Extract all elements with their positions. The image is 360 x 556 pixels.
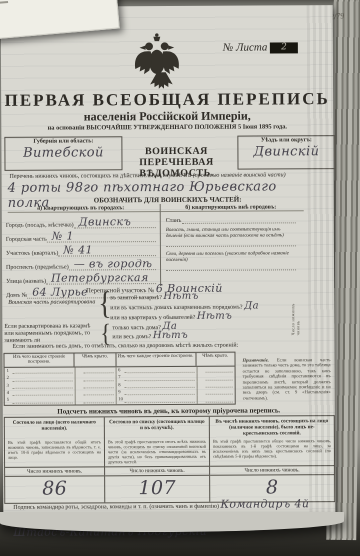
scanned-census-document: 12/79 № Листа 2 ПЕРВАЯ ВСЕОБЩАЯ ПЕРЕПИСЬ…: [0, 0, 360, 556]
count-col-non-peasant: Въ числѣ нижнихъ чиновъ, состоящихъ на л…: [210, 416, 334, 501]
note-block: Примѣчаніе. Если воинская часть занимает…: [243, 357, 331, 401]
volost-label: Волость, гмина, станица или соотвѣтствую…: [166, 227, 296, 239]
vertical-margin-note: Число нижнихъ чиновъ: [290, 295, 300, 335]
sheet-number-label: № Листа: [223, 41, 268, 53]
q5-row: или весь домъ? Нѣтъ: [112, 332, 188, 340]
buildings-intro: Если занимаютъ весь домъ, то отмѣтить, с…: [12, 342, 324, 351]
rural-column: б) квартирующихъ внѣ городовъ: Станъ Вол…: [166, 204, 296, 271]
col-roof-1: Чѣмъ крыто.: [75, 353, 116, 366]
census-form-page: № Листа 2 ПЕРВАЯ ВСЕОБЩАЯ ПЕРЕПИСЬ насел…: [1, 5, 336, 519]
buildings-row: 5 10: [5, 396, 235, 405]
gubernia-box: Губернія или область: Витебской: [4, 136, 122, 171]
q5-answer: Нѣтъ: [153, 330, 188, 341]
uezd-value: Двинскій: [241, 144, 331, 159]
form-row-precinct: Участокъ (кварталъ) № 41: [6, 245, 156, 257]
uezd-box: Уѣздъ или округъ: Двинскій: [237, 135, 335, 170]
form-row-stan: Станъ: [166, 217, 296, 224]
quartering-group2-label: Если расквартирована въ казармѣ или каза…: [4, 323, 98, 344]
col-built-1: Изъ чего каждое строеніе построено.: [4, 353, 74, 366]
quartering-group1-label: Воинская часть расквартирована: [8, 299, 96, 306]
count-table: Состояло на лицо (всего наличнаго населе…: [4, 415, 335, 503]
imperial-double-eagle-icon: [131, 32, 183, 90]
signature-handwritten-1: Командиръ 4й: [220, 497, 309, 510]
q1-answer: Нѣтъ: [163, 291, 198, 302]
form-row-city-part: Городская часть № 1: [6, 231, 156, 243]
q2-row: или въ частныхъ домахъ казарменнымъ поря…: [110, 303, 259, 312]
form-row-suburb: Проспектъ (предмѣстье) — въ городѣ: [6, 259, 156, 271]
volost-blank-line: [166, 239, 296, 248]
form-row-city: Городъ (посадъ, мѣстечко) Двинскъ: [6, 217, 156, 229]
selo-blank-line: [166, 263, 296, 272]
col-roof-2: Чѣмъ крыто.: [196, 353, 235, 366]
signature-label: Подпись командира роты, эскадрона, коман…: [13, 504, 219, 511]
q2-answer: Да: [244, 301, 259, 312]
count-col-present: Состояло на лицо (всего наличнаго населе…: [5, 417, 105, 502]
unit-intro-note: (прописью названіе воинской части): [193, 172, 286, 178]
selo-label: Село, деревня или поселокъ (укажите подр…: [166, 252, 296, 264]
gubernia-value: Витебской: [8, 145, 118, 161]
note-title: Примѣчаніе.: [243, 357, 269, 362]
sheet-number-row: № Листа 2: [223, 41, 298, 53]
column-divider: [160, 204, 161, 286]
note-text: Если воинская часть занимаетъ только час…: [243, 357, 331, 400]
buildings-table: Изъ чего каждое строеніе построено. Чѣмъ…: [3, 352, 235, 406]
sheet-number-value: 2: [270, 42, 298, 53]
col-built-2: Изъ чего каждое строеніе построено.: [116, 353, 196, 366]
buildings-table-header: Изъ чего каждое строеніе построено. Чѣмъ…: [4, 353, 234, 368]
document-subtitle: населенія Россійской Имперіи,: [1, 108, 333, 125]
city-column-heading: а) квартирующихъ въ городахъ:: [6, 205, 156, 213]
q1-row: въ занятой казармѣ? Нѣтъ: [110, 293, 199, 301]
q3-answer: Нѣтъ: [197, 311, 232, 322]
count-col-on-list: Состояло по списку (состоящихъ налицо и …: [105, 417, 210, 502]
law-reference-line: на основаніи ВЫСОЧАЙШЕ УТВЕРЖДЕННАГО ПОЛ…: [1, 123, 333, 132]
rural-column-heading: б) квартирующихъ внѣ городовъ:: [166, 204, 296, 212]
